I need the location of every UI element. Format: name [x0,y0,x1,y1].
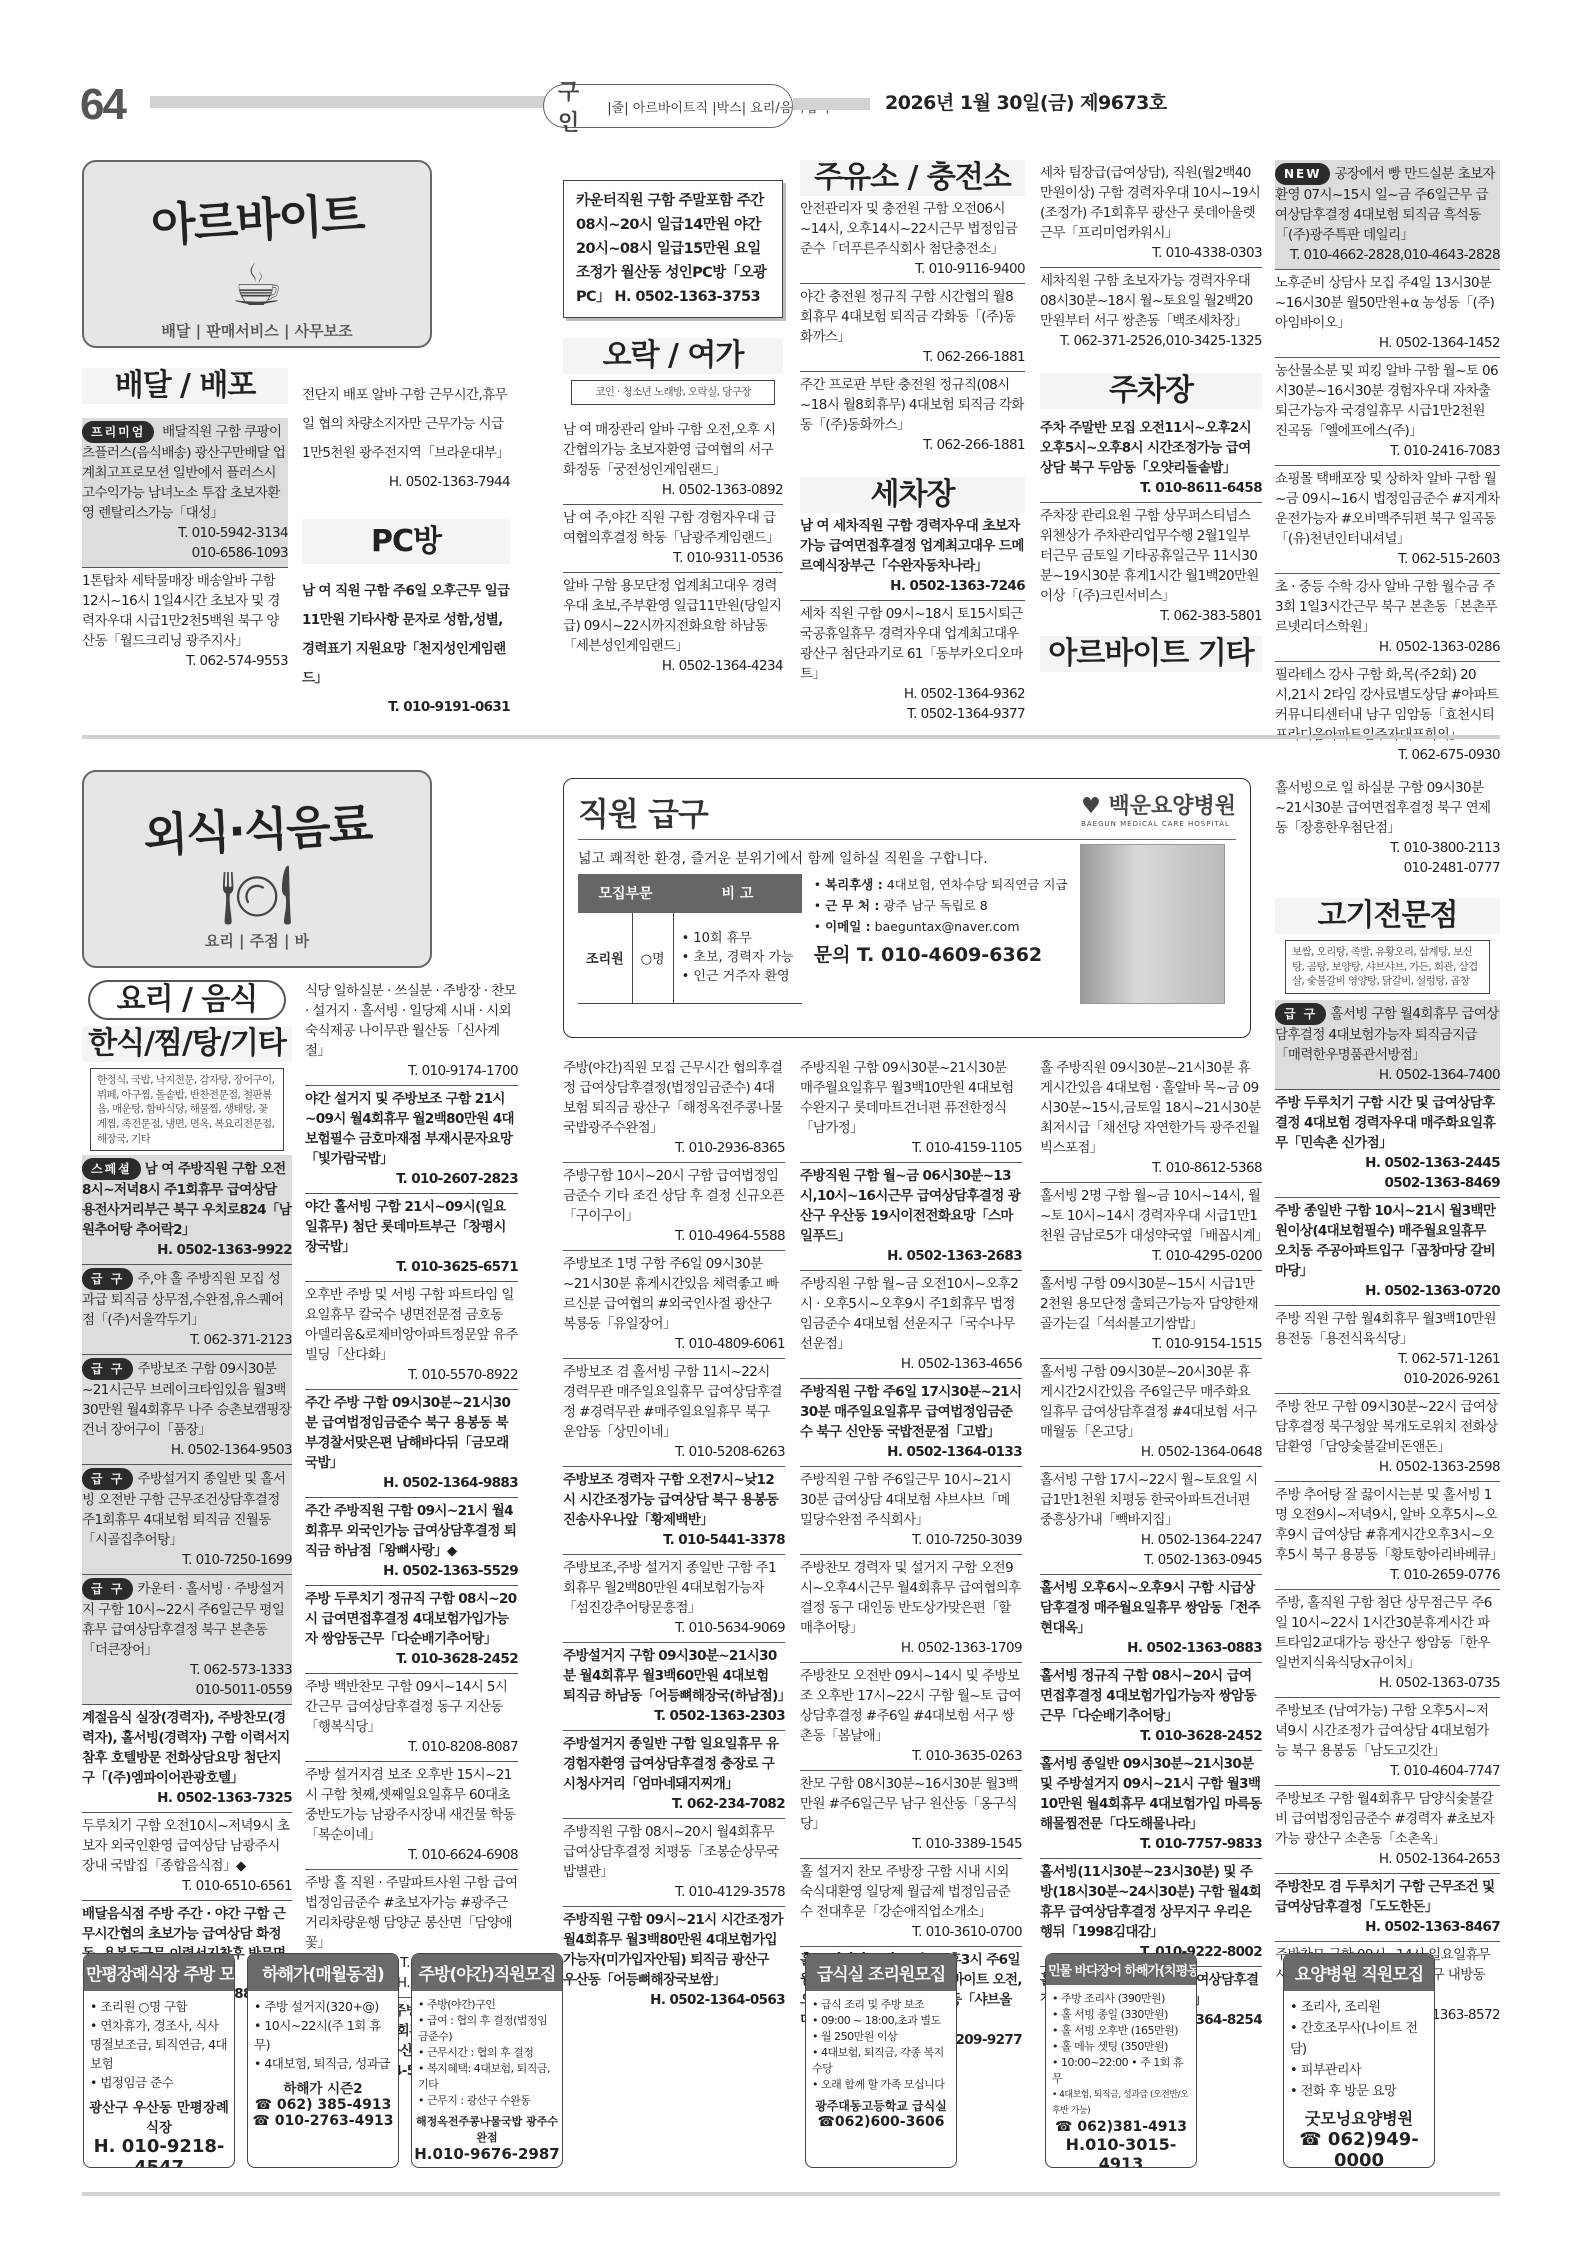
ad-item: 홀서빙(11시30분~23시30분) 및 주방(18시30분~24시30분) 구… [1040,1859,1262,1967]
category-header: 주차장 [1040,373,1262,409]
ad-item: 홀서빙 구함 09시30분~15시 시급1만2천원 용모단정 출퇴근가능자 담양… [1040,1271,1262,1359]
flyer-column: 전단지 배포 알바 구함 근무시간,휴무일 협의 차량소지자만 근무가능 시급1… [302,378,510,726]
bottom-box-ad: 급식실 조리원모집 급식 조리 및 주방 보조09:00 ~ 18:00,초과 … [805,1953,957,2168]
fork-plate-knife-icon: 🍽 [84,866,430,924]
cooking-col4: 주방직원 구함 09시30분~21시30분 매주월요일휴무 월3백10만원 4대… [800,1055,1022,2054]
ad-item: 홀 설거지 찬모 주방장 구함 시내 시외 숙식대환영 일당제 월급제 법정임금… [800,1859,1022,1947]
ad-item: 홀서빙 종일반 09시30분~21시30분 및 주방설거지 09시~21시 구함… [1040,1751,1262,1859]
ad-item: 급 구주방설거지 종일반 및 홀서빙 오전반 구함 근무조건상담후결정 주1회휴… [82,1465,292,1575]
ad-item: 주방 백반찬모 구함 09시~14시 5시간근무 급여상담후결정 동구 지산동「… [305,1674,518,1762]
ad-item: 초 · 중등 수학 강사 알바 구함 월수금 주3회 1일3시간근무 북구 본촌… [1275,574,1500,662]
ad-item: 주방 설거지겸 보조 오후반 15시~21시 구함 첫째,셋째일요일휴무 60대… [305,1762,518,1870]
contact-phone: 문의 T. 010-4609-6362 [814,945,1068,966]
category-header: 주유소 / 충전소 [800,160,1025,196]
bottom-box-ad: 요양병원 직원모집 조리사, 조리원간호조무사(나이트 전담)피부관리사전화 후… [1283,1953,1435,2168]
ad-item: 오후반 주방 및 서빙 구함 파트타임 일요일휴무 칼국수 냉면전문점 금호동 … [305,1282,518,1390]
ad-item: 홀서빙 정규직 구함 08시~20시 급여면접후결정 4대보험가입가능자 쌍암동… [1040,1663,1262,1751]
urgent-title: 직원 급구 [578,789,708,835]
ad-item: 주방 종일반 구함 10시~21시 월3백만원이상(4대보험필수) 매주월요일휴… [1275,1198,1500,1306]
category-subheader: 한식/찜/탕/기타 [82,1026,292,1062]
ad-item: 주방보조 1명 구함 주6일 09시30분~21시30분 휴게시간있음 체력좋고… [563,1251,785,1359]
phone: 010-6586-1093 [82,543,288,563]
phone: T. 010-5942-3134 [82,523,288,543]
ad-item: 홀서빙 구함 17시~22시 월~토요일 시급1만1천원 치평동 한국아파트건너… [1040,1467,1262,1575]
ad-item: NEW공장에서 빵 만드실분 초보자환영 07시~15시 일~금 주6일근무 급… [1275,160,1500,270]
category-header: 오락 / 여가 [563,338,783,374]
category-note: 한정식, 국밥, 낙지전문, 감자탕, 장어구이, 뷔페, 아구찜, 돌솥밥, … [90,1068,284,1151]
email-link[interactable]: baeguntax@naver.com [875,919,1020,934]
phone: T. 010-9191-0631 [302,693,510,722]
coffee-cup-icon: ☕ [84,256,430,314]
ad-item: 알바 구함 용모단정 업계최고대우 경력우대 초보,주부환영 일급11만원(당일… [563,573,783,680]
ad-item: 주방 직원 구함 월4회휴무 월3백10만원 용전동「용전식육식당」T. 062… [1275,1306,1500,1394]
category-note: 코인 · 청소년 노래방, 오락실, 당구장 [571,380,775,405]
ad-item: 홀서빙으로 일 하실분 구함 09시30분~21시30분 급여면접후결정 북구 … [1275,775,1500,882]
phone: H. 0502-1363-7944 [302,468,510,497]
ad-item: 전단지 배포 알바 구함 근무시간,휴무일 협의 차량소지자만 근무가능 시급1… [302,378,510,501]
phone: ☎ 062) 385-4913 [248,2097,398,2113]
food-banner: 외식·식음료 🍽 요리 | 주점 | 바 [82,770,432,968]
ad-item: 주방보조 구함 월4회휴무 담양식숯불갈비 급여법정임금준수 #경력자 #초보자… [1275,1786,1500,1874]
ad-item: 남 여 매장관리 알바 구함 오전,오후 시간협의가능 초보자환영 급여협의 서… [563,417,783,505]
ad-item: 노후준비 상담사 모집 주4일 13시30분~16시30분 월50만원+α 농성… [1275,270,1500,358]
ad-item: 찬모 구함 08시30분~16시30분 월3백만원 #주6일근무 남구 원산동「… [800,1771,1022,1859]
phone: T. 062-574-9553 [82,651,288,671]
banner-title: 외식·식음료 [83,785,432,869]
ad-item: 주방보조,주방 설거지 종일반 구함 주1회휴무 월2백80만원 4대보험가능자… [563,1555,785,1643]
category-header: PC방 [302,519,510,564]
ad-item: 필라테스 강사 구함 화,목(주2회) 20시,21시 2타임 강사료별도상담 … [1275,662,1500,769]
ad-item: 주방직원 구함 주6일 17시30분~21시30분 매주일요일휴무 급여법정임금… [800,1379,1022,1467]
ad-item: 세차 직원 구함 09시~18시 토15시퇴근 국공휴일휴무 경력자우대 업계최… [800,601,1025,728]
ad-item: 세차 팀장급(급여상담), 직원(월2백40만원이상) 구함 경력자우대 10시… [1040,160,1262,268]
header-rule-right [793,98,870,110]
phone: H.010-3015-4913 [1046,2135,1196,2168]
ad-item: 주방 두루치기 구함 시간 및 급여상담후결정 4대보험 경력자우대 매주화요일… [1275,1090,1500,1198]
ad-item: 두루치기 구함 오전10시~저녁9시 초보자 외국인환영 급여상담 남광주시장내… [82,1813,292,1901]
category-header: 배달 / 배포 [82,368,288,404]
ad-item: 주방 두루치기 정규직 구함 08시~20시 급여면접후결정 4대보험가입가능자… [305,1586,518,1674]
bottom-box-ad: 하해가(매월동점) 주방 설거지(320+@)10시~22시(주 1회 휴무)4… [247,1953,399,2168]
ad-item: 계절음식 실장(경력자), 주방찬모(경력자), 홀서빙(경력자) 구함 이력서… [82,1705,292,1813]
ad-item: 스페셜남 여 주방직원 구함 오전8시~저녁8시 주1회휴무 급여상담 용전사거… [82,1155,292,1265]
ad-item: 주방 추어탕 잘 끓이시는분 및 홀서빙 1명 오전9시~저녁9시, 알바 오후… [1275,1482,1500,1590]
hospital-building-photo [1080,844,1225,1004]
ad-item: 주방(야간)직원 모집 근무시간 협의후결정 급여상담후결정(법정임금준수) 4… [563,1055,785,1163]
ad-item: 안전관리자 및 충전원 구함 오전06시~14시, 오후14시~22시근무 법정… [800,196,1025,284]
ad-item: 급 구홀서빙 구함 월4회휴무 급여상담후결정 4대보험가능자 퇴직금지급「매력… [1275,1000,1500,1090]
header-rule [150,96,545,108]
urgent-details: • 복리후생 : 4대보험, 연차수당 퇴직연금 지급 • 근 무 처 : 광주… [814,874,1068,1004]
phone: H. 010-9218-4547 [84,2136,234,2168]
ad-item: 남 여 주,야간 직원 구함 경험자우대 급여협의후결정 학동「남광주게임랜드」… [563,505,783,573]
ad-item: 홀 주방직원 09시30분~21시30분 휴게시간있음 4대보험 · 홀알바 목… [1040,1055,1262,1183]
ad-item: 주방찬모 겸 두루치기 구함 근무조건 및 급여상담후결정「도도한돈」H. 05… [1275,1874,1500,1942]
heart-logo-icon: ♥ [1081,794,1101,819]
ad-item: 쇼핑몰 택배포장 및 상하차 알바 구함 월~금 09시~16시 법정임금준수 … [1275,466,1500,574]
ad-item: 급 구주,야 홀 주방직원 모집 성과급 퇴직금 상무점,수완점,유스퀘어점「(… [82,1265,292,1355]
ad-item: 주방설거지 종일반 구함 일요일휴무 유경험자환영 급여상담후결정 충장로 구시… [563,1731,785,1819]
ad-item: 급 구카운터 · 홀서빙 · 주방설거지 구함 10시~22시 주6일근무 평일… [82,1575,292,1705]
ad-item: 농산물소분 및 피킹 알바 구함 월~토 06시30분~16시30분 경험자우대… [1275,358,1500,466]
ad-item: 주간 주방직원 구함 09시~21시 월4회휴무 외국인가능 급여상담후결정 퇴… [305,1498,518,1586]
premium-badge: 프리미엄 [82,421,154,443]
ad-item: 남 여 직원 구함 주6일 오후근무 일급11만원 기타사항 문자로 성함,성별… [302,574,510,726]
ad-item: 식당 일하실분 · 쓰실분 · 주방장 · 찬모 · 설거지 · 홀서빙 · 일… [305,978,518,1086]
category-note: 보쌈, 오리탕, 족발, 유황오리, 삼계탕, 보신탕, 곰탕, 보양탕, 샤브… [1285,940,1490,994]
banner-title: 아르바이트 [83,175,432,259]
ad-item: 주방찬모 경력자 및 설거지 구함 오전9시~오후4시근무 월4회휴무 급여협의… [800,1555,1022,1663]
ad-item: 야간 충전원 정규직 구함 시간협의 월8회휴무 4대보험 퇴직금 각화동「(주… [800,284,1025,372]
phone: ☎062)600-3606 [806,2114,956,2130]
ad-item: 야간 홀서빙 구함 21시~09시(일요일휴무) 첨단 롯데마트부근「창평시장국… [305,1194,518,1282]
category-header: 고기전문점 [1275,898,1500,934]
ad-item: 주차 주말반 모집 오전11시~오후2시 오후5시~오후8시 시간조정가능 급여… [1040,415,1262,503]
ad-item: 주차장 관리요원 구함 상무퍼스티넘스위첸상가 주차관리업무수행 2월1일부터근… [1040,503,1262,630]
ad-item: 주방보조 (남여가능) 구함 오후5시~저녁9시 시간조정가 급여상담 4대보험… [1275,1698,1500,1786]
ad-item: 주방직원 구함 월~금 오전10시~오후2시 · 오후5시~오후9시 주1회휴무… [800,1271,1022,1379]
issue-date: 2026년 1월 30일(금) 제9673호 [885,88,1167,115]
bottom-box-ad: 민물 바다장어 하해가(치평동) 주방 조리사 (390만원)홀 서빙 종일 (… [1045,1953,1197,2168]
category-header: 요리 / 음식 [88,980,286,1020]
ad-item: 주방 찬모 구함 09시30분~22시 급여상담후결정 북구청앞 복개도로위치 … [1275,1394,1500,1482]
bottom-box-ad: 주방(야간)직원모집 주방(야간)구인급여 : 협의 후 결정(법정임금준수)근… [411,1953,563,2168]
ad-item: 홀서빙 2명 구함 월~금 10시~14시, 월~토 10시~14시 경력자우대… [1040,1183,1262,1271]
ad-item: 주간 주방 구함 09시30분~21시30분 급여법정임금준수 북구 용봉동 북… [305,1390,518,1498]
leisure-column: 카운터직원 구함 주말포함 주간 08시~20시 일급14만원 야간 20시~0… [563,180,783,680]
phone: H.010-9676-2987 [412,2145,562,2163]
cooking-col1: 요리 / 음식 한식/찜/탕/기타 한정식, 국밥, 낙지전문, 감자탕, 장어… [82,980,292,2008]
ad-item: 세차직원 구함 초보자가능 경력자우대 08시30분~18시 월~토요일 월2백… [1040,268,1262,355]
cooking-col2: 식당 일하실분 · 쓰실분 · 주방장 · 찬모 · 설거지 · 홀서빙 · 일… [305,978,518,2105]
ad-item: 홀서빙 오후6시~오후9시 구함 시급상담후결정 매주월요일휴무 쌍암동「전주현… [1040,1575,1262,1663]
delivery-column: 배달 / 배포 프리미엄 배달직원 구함 쿠팡이츠플러스(음식배송) 광산구만배… [82,368,288,675]
meat-column: 홀서빙으로 일 하실분 구함 09시30분~21시30분 급여면접후결정 북구 … [1275,775,1500,2029]
new-badge: NEW [1275,163,1330,185]
phone: ☎ 062)381-4913 [1046,2119,1196,2135]
ad-item: 주방직원 구함 09시30분~21시30분 매주월요일휴무 월3백10만원 4대… [800,1055,1022,1163]
bottom-box-ad: 만평장례식장 주방 모집 조리원 ○명 구함연차휴가, 경조사, 식사 명절보조… [83,1953,235,2168]
category-header: 세차장 [800,477,1025,513]
cooking-col5: 홀 주방직원 09시30분~21시30분 휴게시간있음 4대보험 · 홀알바 목… [1040,1055,1262,2034]
ad-item: 주방직원 구함 주6일근무 10시~21시30분 급여상담 4대보험 샤브샤브「… [800,1467,1022,1555]
page-number: 64 [80,80,125,130]
position-table: 모집부문비 고 조리원○명 • 10회 휴무• 초보, 경력자 가능• 인근 거… [578,874,802,1004]
banner-subtitle: 배달 | 판매서비스 | 사무보조 [84,320,430,341]
phone: ☎ 062)949-0000 [1284,2129,1434,2168]
arbeit-banner: 아르바이트 ☕ 배달 | 판매서비스 | 사무보조 [82,160,432,348]
ad-item: 주방직원 구함 09시~21시 시간조정가 월4회휴무 월3백80만원 4대보험… [563,1907,785,2014]
ad-item: 남 여 세차직원 구함 경력자우대 초보자가능 급여면접후결정 업계최고대우 드… [800,513,1025,601]
urgent-hiring-ad: 직원 급구 ♥ 백운요양병원BAEGUN MEDICAL CARE HOSPIT… [563,778,1251,1038]
boxed-ad: 카운터직원 구함 주말포함 주간 08시~20시 일급14만원 야간 20시~0… [563,180,783,318]
ad-item: 주방직원 구함 월~금 06시30분~13시,10시~16시근무 급여상담후결정… [800,1163,1022,1271]
footer-rule [82,2192,1500,2196]
ad-item: 주방, 홀직원 구함 첨단 상무점근무 주6일 10시~22시 1시간30분휴게… [1275,1590,1500,1698]
section-title: 구 인 [558,75,593,137]
cooking-col3: 주방(야간)직원 모집 근무시간 협의후결정 급여상담후결정(법정임금준수) 4… [563,1055,785,2014]
ad-item: 야간 설거지 및 주방보조 구함 21시~09시 월4회휴무 월2백80만원 4… [305,1086,518,1194]
ad-item: 주방찬모 오전반 09시~14시 및 주방보조 오후반 17시~22시 구함 월… [800,1663,1022,1771]
gas-column: 주유소 / 충전소 안전관리자 및 충전원 구함 오전06시~14시, 오후14… [800,160,1025,728]
hospital-logo: ♥ 백운요양병원BAEGUN MEDICAL CARE HOSPITAL [1081,789,1236,835]
ad-item: 홀서빙 구함 09시30분~20시30분 휴게시간2시간있음 주6일근무 매주화… [1040,1359,1262,1467]
section-pill: 구 인 |줄| 아르바이트직 |박스| 요리/음식업직 [543,84,793,128]
section-divider [82,735,1500,739]
banner-subtitle: 요리 | 주점 | 바 [84,930,430,951]
ad-item: 주방직원 구함 08시~20시 월4회휴무 급여상담후결정 치평동「조봉순상무국… [563,1819,785,1907]
ad-item: 1톤탑차 세탁물매장 배송알바 구함 12시~16시 1일4시간 초보자 및 경… [82,568,288,675]
ad-item: 주간 프로판 부탄 충전원 정규직(08시~18시 월8회휴무) 4대보험 퇴직… [800,372,1025,459]
category-header: 아르바이트 기타 [1040,636,1262,672]
ad-item: 프리미엄 배달직원 구함 쿠팡이츠플러스(음식배송) 광산구만배달 업계최고프로… [82,418,288,568]
ad-item: 주방설거지 구함 09시30분~21시30분 월4회휴무 월3백60만원 4대보… [563,1643,785,1731]
ad-item: 주방보조 겸 홀서빙 구함 11시~22시 경력무관 매주일요일휴무 급여상담후… [563,1359,785,1467]
ad-item: 주방보조 경력자 구함 오전7시~낮12시 시간조정가능 급여상담 북구 용봉동… [563,1467,785,1555]
ad-item: 급 구주방보조 구함 09시30분~21시근무 브레이크타임있음 월3백30만원… [82,1355,292,1465]
parking-column: 세차 팀장급(급여상담), 직원(월2백40만원이상) 구함 경력자우대 10시… [1040,160,1262,672]
phone: ☎ 010-2763-4913 [248,2113,398,2129]
phone: H. 0502-1363-3753 [614,289,760,305]
arbeit-etc-column: NEW공장에서 빵 만드실분 초보자환영 07시~15시 일~금 주6일근무 급… [1275,160,1500,769]
ad-item: 주방구함 10시~20시 구함 급여법정임금준수 기타 조건 상담 후 결정 신… [563,1163,785,1251]
